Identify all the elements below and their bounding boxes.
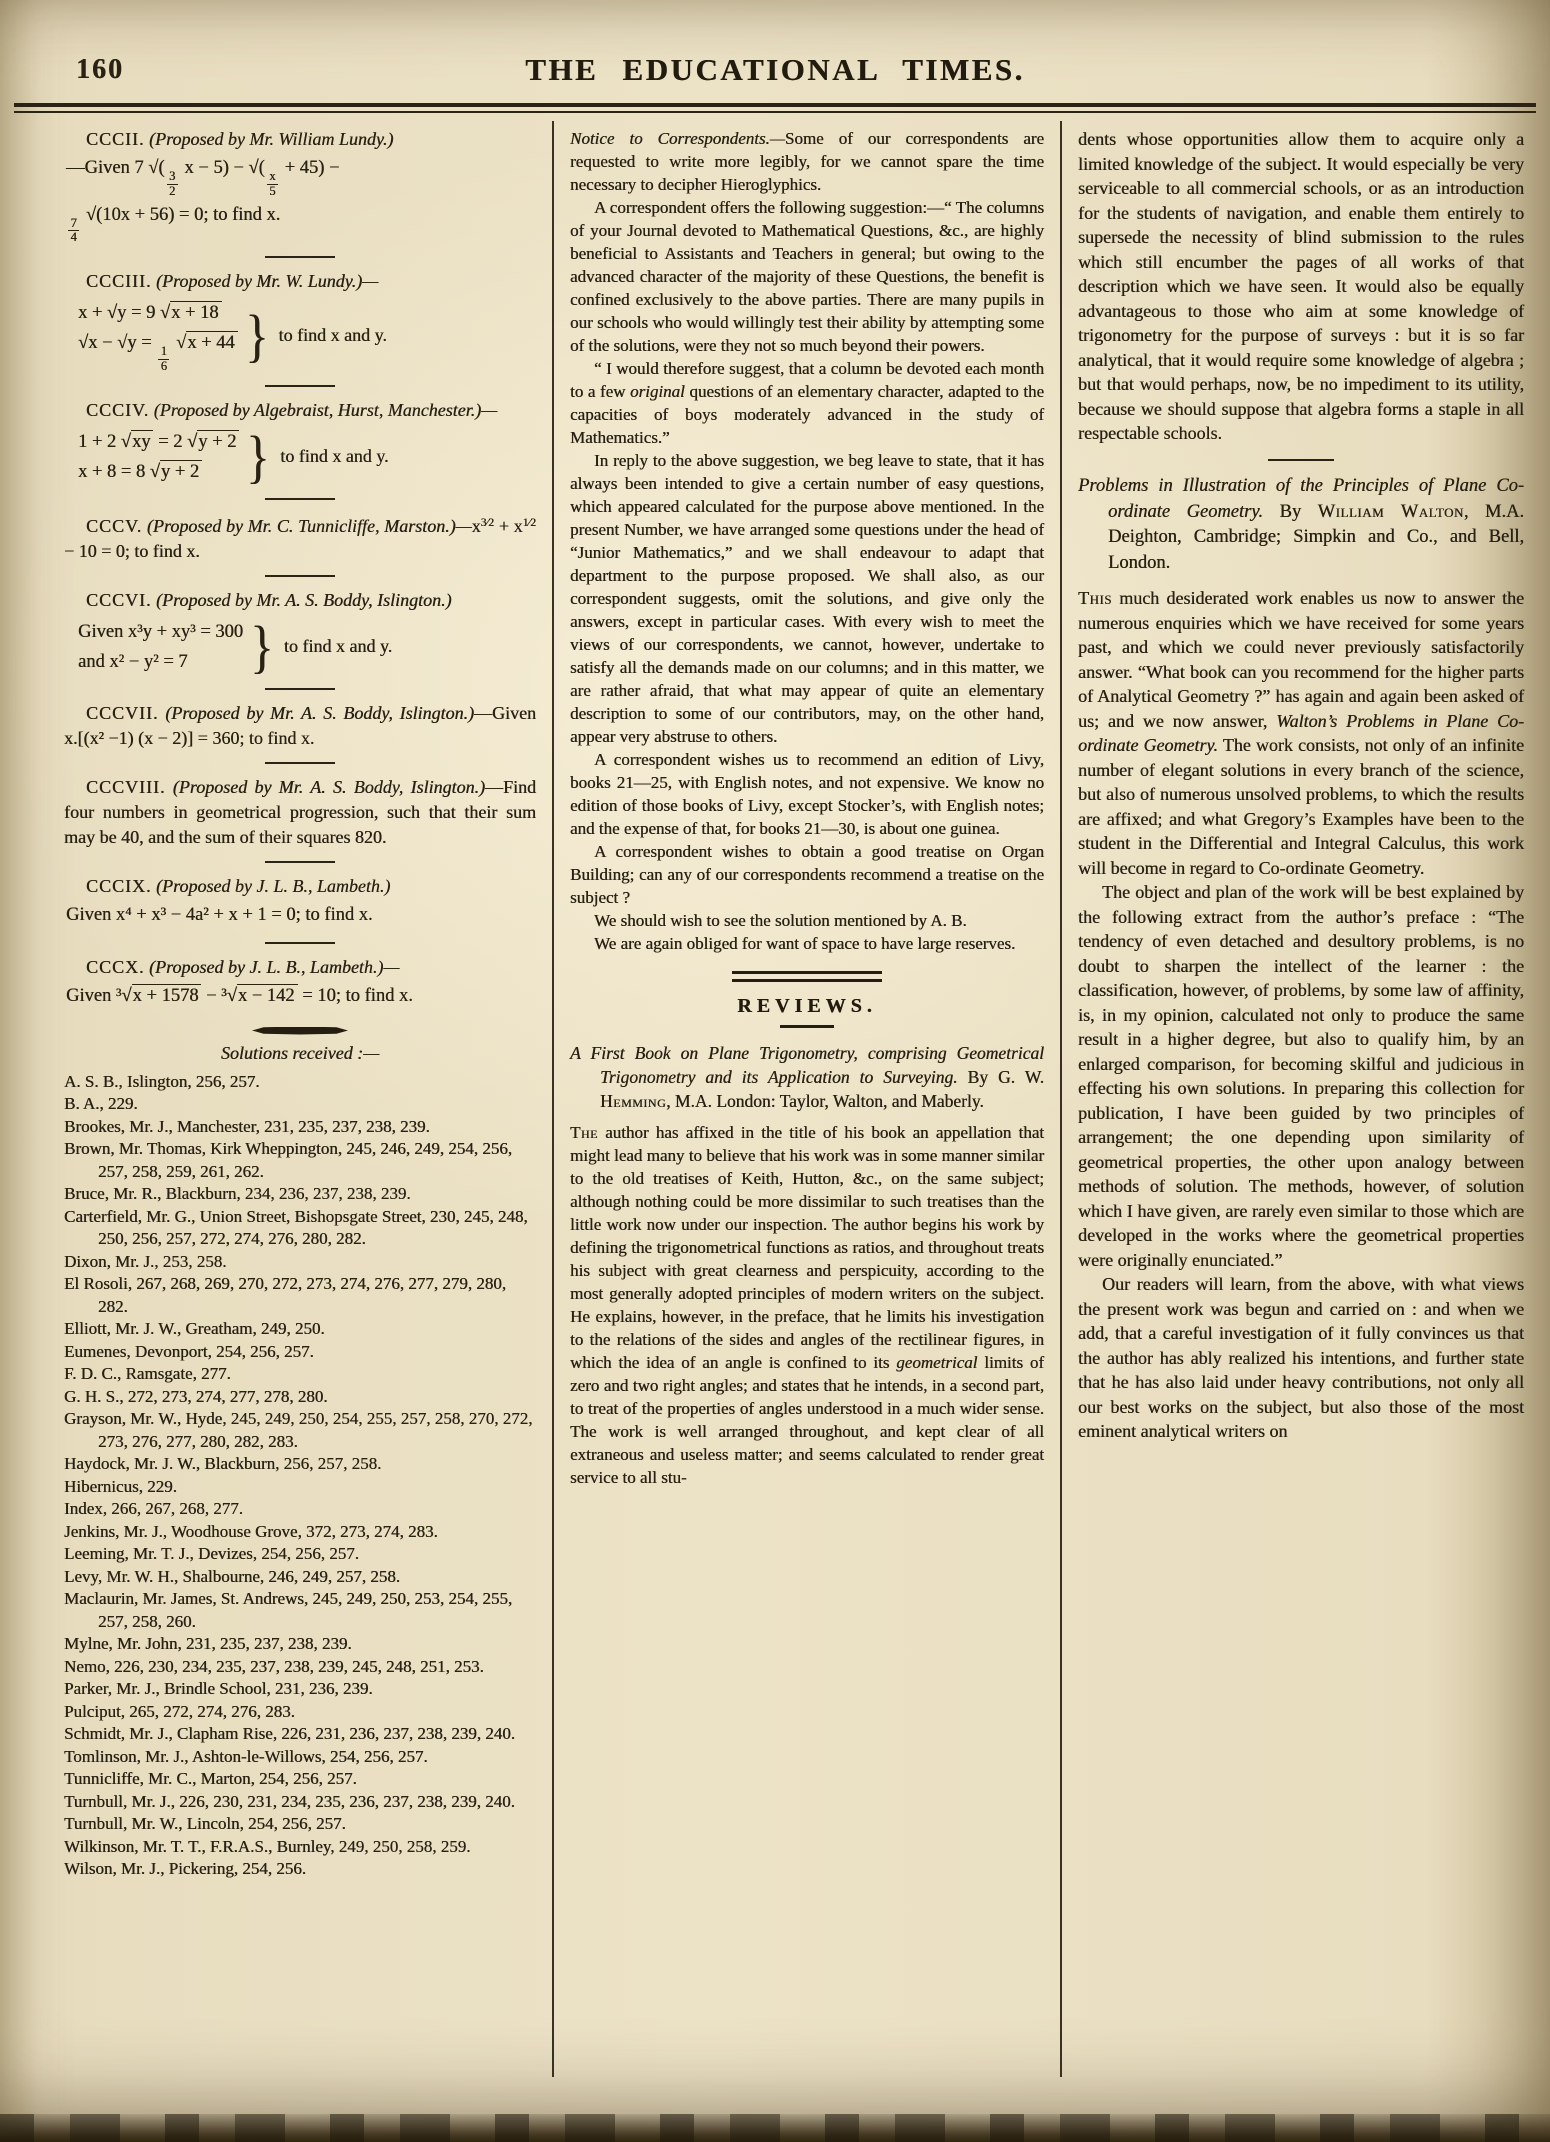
numerator: 1 (158, 345, 169, 360)
notice-paragraph: A correspondent offers the following sug… (570, 196, 1044, 357)
to-find: to find x and y. (279, 325, 387, 346)
problem-cccx: CCCX. (Proposed by J. L. B., Lambeth.)— … (64, 955, 536, 1012)
fraction: 32 (167, 170, 178, 199)
solution-entry: G. H. S., 272, 273, 274, 277, 278, 280. (64, 1386, 536, 1409)
brace: } (245, 311, 269, 360)
problem-heading: CCCX. (Proposed by J. L. B., Lambeth.)— (64, 955, 536, 980)
notice-paragraph: We are again obliged for want of space t… (570, 932, 1044, 955)
column-left: CCCII. (Proposed by Mr. William Lundy.) … (64, 121, 552, 2077)
solution-entry: A. S. B., Islington, 256, 257. (64, 1071, 536, 1094)
equation-system: x + √y = 9 √x + 18 √x − √y = 16 √x + 44 … (76, 298, 536, 374)
proposer: (Proposed by Mr. A. S. Boddy, Islington.… (156, 590, 451, 610)
math-text: —Given 7 √( (66, 158, 165, 178)
section-rule (265, 498, 335, 500)
equation-line: x + √y = 9 √x + 18 (78, 298, 238, 328)
section-rule (265, 575, 335, 577)
emphasis: geometrical (896, 1353, 977, 1372)
math-text: + 45) − (280, 158, 339, 178)
exponent: 3⁄2 (481, 517, 494, 529)
solution-entry: Parker, Mr. J., Brindle School, 231, 236… (64, 1678, 536, 1701)
math-text: √ (171, 333, 186, 353)
problem-heading: CCCIII. (Proposed by Mr. W. Lundy.)— (64, 269, 536, 294)
math-text: √(10x + 56) = 0; to find x. (81, 205, 280, 225)
equation-line: 1 + 2 √xy = 2 √y + 2 (78, 427, 239, 457)
solution-entry: Pulciput, 265, 272, 274, 276, 283. (64, 1701, 536, 1724)
page-columns: CCCII. (Proposed by Mr. William Lundy.) … (64, 121, 1526, 2077)
proposer: (Proposed by Algebraist, Hurst, Manchest… (154, 400, 497, 420)
lead-word: This (1078, 588, 1112, 608)
solution-entry: F. D. C., Ramsgate, 277. (64, 1363, 536, 1386)
solution-entry: Wilson, Mr. J., Pickering, 254, 256. (64, 1858, 536, 1881)
denominator: 4 (71, 231, 77, 245)
review-text: much desiderated work enables us now to … (1078, 588, 1524, 731)
section-rule (265, 861, 335, 863)
math-text: = 10; to find x. (298, 986, 413, 1006)
problem-id: CCCIII. (86, 271, 152, 291)
solution-entry: Turnbull, Mr. W., Lincoln, 254, 256, 257… (64, 1813, 536, 1836)
problem-ccciii: CCCIII. (Proposed by Mr. W. Lundy.)— x +… (64, 269, 536, 374)
problem-cccvii: CCCVII. (Proposed by Mr. A. S. Boddy, Is… (64, 701, 536, 751)
vinculum: y + 2 (197, 430, 239, 452)
equation-line: Given ³√x + 1578 − ³√x − 142 = 10; to fi… (66, 980, 536, 1012)
column-middle: Notice to Correspondents.—Some of our co… (552, 121, 1062, 2077)
math-text: − ³√ (201, 986, 236, 1006)
vinculum: x + 44 (186, 331, 237, 353)
solution-entry: Haydock, Mr. J. W., Blackburn, 256, 257,… (64, 1453, 536, 1476)
solution-entry: El Rosoli, 267, 268, 269, 270, 272, 273,… (64, 1273, 536, 1318)
brace: } (246, 432, 270, 481)
numerator: 3 (167, 170, 178, 185)
review-paragraph: The author has affixed in the title of h… (570, 1121, 1044, 1489)
review-text: The work consists, not only of an infini… (1078, 735, 1524, 878)
review-paragraph: dents whose opportunities allow them to … (1078, 127, 1524, 446)
numerator: x (267, 170, 278, 185)
journal-title: THE EDUCATIONAL TIMES. (0, 0, 1550, 88)
problem-ccciv: CCCIV. (Proposed by Algebraist, Hurst, M… (64, 398, 536, 487)
notice-paragraph: “ I would therefore suggest, that a colu… (570, 357, 1044, 449)
equation-system: 1 + 2 √xy = 2 √y + 2 x + 8 = 8 √y + 2 } … (76, 427, 536, 487)
header-rule (14, 103, 1536, 113)
review-text: author has affixed in the title of his b… (570, 1123, 1044, 1372)
problem-cccii: CCCII. (Proposed by Mr. William Lundy.) … (64, 127, 536, 245)
solution-entry: Turnbull, Mr. J., 226, 230, 231, 234, 23… (64, 1791, 536, 1814)
section-rule (265, 942, 335, 944)
problem-heading: CCCV. (Proposed by Mr. C. Tunnicliffe, M… (64, 511, 536, 564)
vinculum: x + 18 (170, 301, 221, 323)
lead-word: The (570, 1123, 598, 1142)
review-title: Problems in Illustration of the Principl… (1078, 474, 1524, 576)
solution-entry: Dixon, Mr. J., 253, 258. (64, 1251, 536, 1274)
fraction: 74 (68, 217, 79, 246)
solutions-list: A. S. B., Islington, 256, 257.B. A., 229… (64, 1071, 536, 1881)
solution-entry: Tunnicliffe, Mr. C., Marton, 254, 256, 2… (64, 1768, 536, 1791)
math-text: x − 5) − √( (180, 158, 265, 178)
proposer: (Proposed by Mr. A. S. Boddy, Islington.… (165, 703, 474, 723)
vinculum: xy (131, 430, 154, 452)
scanned-page: 160 THE EDUCATIONAL TIMES. CCCII. (Propo… (0, 0, 1550, 2142)
review-paragraph: The object and plan of the work will be … (1078, 880, 1524, 1272)
notice-paragraph: Notice to Correspondents.—Some of our co… (570, 127, 1044, 196)
problem-id: CCCX. (86, 957, 145, 977)
math-text: x + 8 = 8 √ (78, 462, 160, 482)
notice-paragraph: A correspondent wishes to obtain a good … (570, 840, 1044, 909)
exponent: 1⁄2 (523, 517, 536, 529)
math-text: x (472, 516, 481, 536)
equation-line: √x − √y = 16 √x + 44 (78, 328, 238, 374)
solution-entry: Hibernicus, 229. (64, 1476, 536, 1499)
numerator: 7 (68, 217, 79, 232)
notice-paragraph: We should wish to see the solution menti… (570, 909, 1044, 932)
problem-cccviii: CCCVIII. (Proposed by Mr. A. S. Boddy, I… (64, 775, 536, 850)
notice-paragraph: In reply to the above suggestion, we beg… (570, 449, 1044, 748)
equation-line: 74 √(10x + 56) = 0; to find x. (66, 199, 536, 246)
ornament-divider (252, 1027, 348, 1035)
solutions-heading: Solutions received :— (64, 1043, 536, 1064)
proposer: (Proposed by J. L. B., Lambeth.)— (149, 957, 399, 977)
equation-line: Given x³y + xy³ = 300 (78, 617, 243, 647)
solution-entry: Elliott, Mr. J. W., Greatham, 249, 250. (64, 1318, 536, 1341)
denominator: 5 (269, 185, 275, 199)
review-title: A First Book on Plane Trigonometry, comp… (570, 1041, 1044, 1113)
column-right: dents whose opportunities allow them to … (1062, 121, 1526, 2077)
math-text: − 10 = 0; to find x. (64, 541, 200, 561)
solution-entry: Brown, Mr. Thomas, Kirk Wheppington, 245… (64, 1138, 536, 1183)
equation-line: x + 8 = 8 √y + 2 (78, 457, 239, 487)
solution-entry: B. A., 229. (64, 1093, 536, 1116)
problem-id: CCCV. (86, 516, 142, 536)
notice-lead: Notice to Correspondents.— (570, 129, 785, 148)
byline: By G. W. (958, 1067, 1045, 1087)
problem-id: CCCVI. (86, 590, 152, 610)
solution-entry: Bruce, Mr. R., Blackburn, 234, 236, 237,… (64, 1183, 536, 1206)
reviews-heading-rule (780, 1025, 834, 1028)
problem-id: CCCVII. (86, 703, 159, 723)
equation-line: and x² − y² = 7 (78, 647, 243, 677)
solution-entry: Maclaurin, Mr. James, St. Andrews, 245, … (64, 1588, 536, 1633)
problem-heading: CCCIX. (Proposed by J. L. B., Lambeth.) (64, 874, 536, 899)
solution-entry: Levy, Mr. W. H., Shalbourne, 246, 249, 2… (64, 1566, 536, 1589)
problem-heading: CCCVI. (Proposed by Mr. A. S. Boddy, Isl… (64, 588, 536, 613)
notice-paragraph: A correspondent wishes us to recommend a… (570, 748, 1044, 840)
solution-entry: Brookes, Mr. J., Manchester, 231, 235, 2… (64, 1116, 536, 1139)
to-find: to find x and y. (284, 636, 392, 657)
publisher: , M.A. London: Taylor, Walton, and Maber… (666, 1091, 984, 1111)
solution-entry: Carterfield, Mr. G., Union Street, Bisho… (64, 1206, 536, 1251)
math-text: √x − √y = (78, 333, 156, 353)
section-rule (265, 385, 335, 387)
author-name: Hemming (600, 1091, 666, 1111)
solution-entry: Jenkins, Mr. J., Woodhouse Grove, 372, 2… (64, 1521, 536, 1544)
vinculum: x − 142 (237, 984, 298, 1006)
math-text: = 2 √ (153, 432, 197, 452)
reviews-double-rule (732, 971, 882, 982)
fraction: x5 (267, 170, 278, 199)
problem-id: CCCVIII. (86, 777, 166, 797)
section-rule (265, 256, 335, 258)
equation-line: Given x⁴ + x³ − 4a² + x + 1 = 0; to find… (66, 899, 536, 931)
solution-entry: Eumenes, Devonport, 254, 256, 257. (64, 1341, 536, 1364)
problem-heading: CCCIV. (Proposed by Algebraist, Hurst, M… (64, 398, 536, 423)
problem-cccv: CCCV. (Proposed by Mr. C. Tunnicliffe, M… (64, 511, 536, 564)
vinculum: y + 2 (160, 460, 202, 482)
equations: 1 + 2 √xy = 2 √y + 2 x + 8 = 8 √y + 2 (76, 427, 239, 487)
denominator: 6 (161, 360, 167, 374)
solution-entry: Mylne, Mr. John, 231, 235, 237, 238, 239… (64, 1633, 536, 1656)
problem-id: CCCIV. (86, 400, 149, 420)
vinculum: x + 1578 (132, 984, 202, 1006)
equation-line: —Given 7 √(32 x − 5) − √(x5 + 45) − (66, 152, 536, 199)
equations: Given x³y + xy³ = 300 and x² − y² = 7 (76, 617, 243, 677)
problem-id: CCCIX. (86, 876, 152, 896)
proposer: (Proposed by Mr. C. Tunnicliffe, Marston… (147, 516, 472, 536)
math-text: Given ³√ (66, 986, 132, 1006)
problem-id: CCCII. (86, 129, 145, 149)
equations: x + √y = 9 √x + 18 √x − √y = 16 √x + 44 (76, 298, 238, 374)
section-rule (265, 762, 335, 764)
math-text: + x (494, 516, 523, 536)
equation-system: Given x³y + xy³ = 300 and x² − y² = 7 } … (76, 617, 536, 677)
fraction: 16 (158, 345, 169, 374)
emphasis: original (630, 382, 685, 401)
problem-heading: CCCVIII. (Proposed by Mr. A. S. Boddy, I… (64, 775, 536, 850)
math-text: 1 + 2 √ (78, 432, 131, 452)
solution-entry: Tomlinson, Mr. J., Ashton-le-Willows, 25… (64, 1746, 536, 1769)
problem-heading: CCCVII. (Proposed by Mr. A. S. Boddy, Is… (64, 701, 536, 751)
section-rule (265, 688, 335, 690)
problem-heading: CCCII. (Proposed by Mr. William Lundy.) (64, 127, 536, 152)
solution-entry: Wilkinson, Mr. T. T., F.R.A.S., Burnley,… (64, 1836, 536, 1859)
proposer: (Proposed by Mr. William Lundy.) (149, 129, 393, 149)
solution-entry: Leeming, Mr. T. J., Devizes, 254, 256, 2… (64, 1543, 536, 1566)
review-text: limits of zero and two right angles; and… (570, 1353, 1044, 1487)
review-paragraph: This much desiderated work enables us no… (1078, 586, 1524, 880)
proposer: (Proposed by J. L. B., Lambeth.) (156, 876, 390, 896)
author-name: William Walton (1318, 502, 1464, 522)
solution-entry: Schmidt, Mr. J., Clapham Rise, 226, 231,… (64, 1723, 536, 1746)
problem-cccvi: CCCVI. (Proposed by Mr. A. S. Boddy, Isl… (64, 588, 536, 677)
reviews-heading: REVIEWS. (570, 995, 1044, 1018)
byline: By (1263, 502, 1318, 522)
math-text: x + √y = 9 √ (78, 303, 170, 323)
page-number: 160 (76, 54, 124, 86)
review-paragraph: Our readers will learn, from the above, … (1078, 1272, 1524, 1444)
brace: } (250, 622, 274, 671)
solution-entry: Grayson, Mr. W., Hyde, 245, 249, 250, 25… (64, 1408, 536, 1453)
page-bottom-edge (0, 2114, 1550, 2142)
solution-entry: Index, 266, 267, 268, 277. (64, 1498, 536, 1521)
proposer: (Proposed by Mr. A. S. Boddy, Islington.… (173, 777, 485, 797)
proposer: (Proposed by Mr. W. Lundy.)— (156, 271, 378, 291)
to-find: to find x and y. (280, 446, 388, 467)
problem-cccix: CCCIX. (Proposed by J. L. B., Lambeth.) … (64, 874, 536, 931)
section-rule (1268, 459, 1334, 462)
solution-entry: Nemo, 226, 230, 234, 235, 237, 238, 239,… (64, 1656, 536, 1679)
denominator: 2 (169, 185, 175, 199)
